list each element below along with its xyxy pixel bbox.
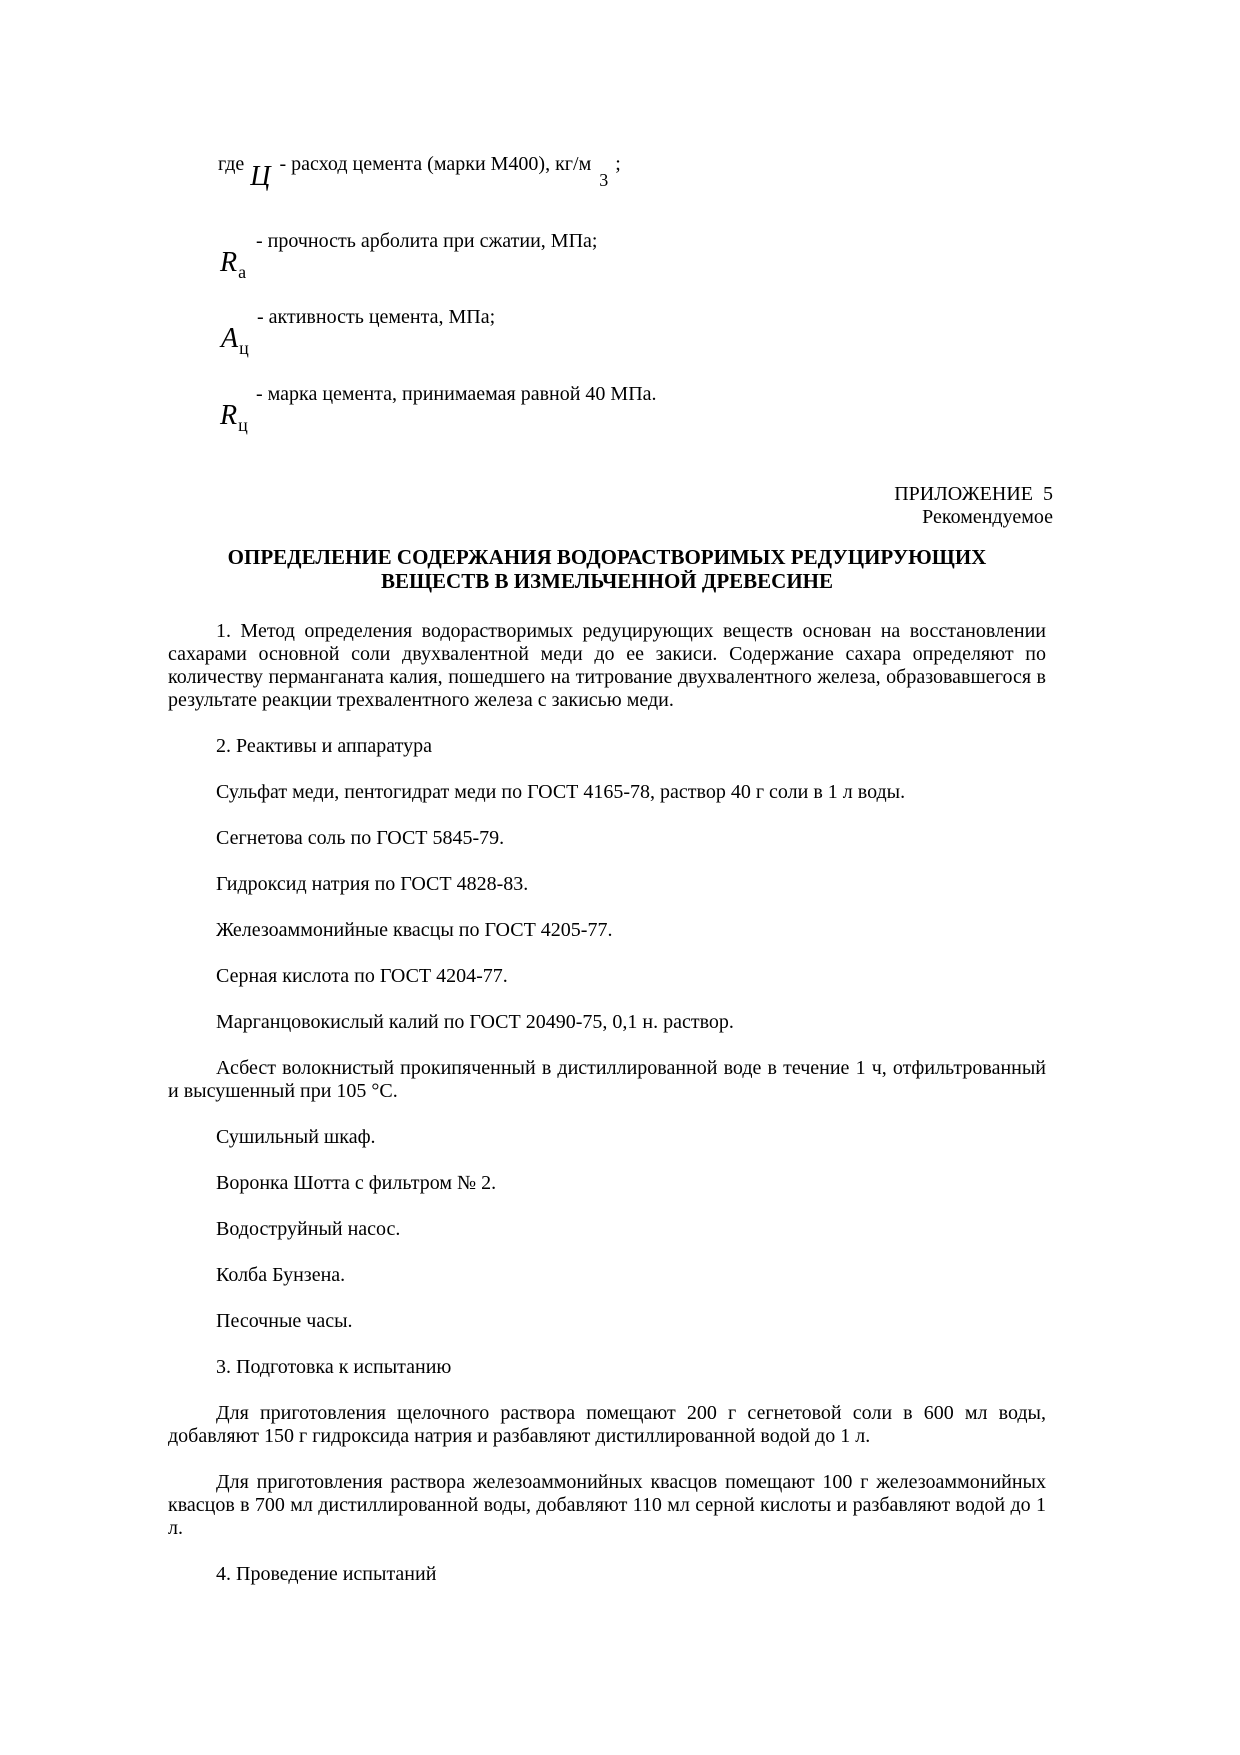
paragraph-hourglass: Песочные часы. [168,1310,1046,1333]
section-heading-testing: 4. Проведение испытаний [168,1563,1046,1586]
appendix-block: ПРИЛОЖЕНИЕ 5 Рекомендуемое [168,483,1053,529]
def-text: - расход цемента (марки М400), кг/м [280,153,592,175]
paragraph-drying-oven: Сушильный шкаф. [168,1126,1046,1149]
def-arbolite-strength: - прочность арболита при сжатии, МПа; Rа [220,230,597,281]
document-body: ОПРЕДЕЛЕНИЕ СОДЕРЖАНИЯ ВОДОРАСТВОРИМЫХ Р… [168,545,1046,1609]
title-line: ВЕЩЕСТВ В ИЗМЕЛЬЧЕННОЙ ДРЕВЕСИНЕ [168,569,1046,593]
paragraph-copper-sulfate: Сульфат меди, пентогидрат меди по ГОСТ 4… [168,781,1046,804]
paragraph-bunsen-flask: Колба Бунзена. [168,1264,1046,1287]
paragraph-iron-ammonium-alum: Железоаммонийные квасцы по ГОСТ 4205-77. [168,919,1046,942]
symbol-letter: А [221,323,238,354]
def-text: - активность цемента, МПа; [221,306,495,329]
symbol-subscript: ц [239,338,249,358]
def-cement-grade: - марка цемента, принимаемая равной 40 М… [220,383,657,434]
appendix-label: ПРИЛОЖЕНИЕ 5 [168,483,1053,506]
def-cement-activity: - активность цемента, МПа; Ац [221,306,495,357]
paragraph-potassium-permanganate: Марганцовокислый калий по ГОСТ 20490-75,… [168,1011,1046,1034]
section-heading-reagents: 2. Реактивы и аппаратура [168,735,1046,758]
def-text: - марка цемента, принимаемая равной 40 М… [220,383,657,406]
paragraph-method: 1. Метод определения водорастворимых ред… [168,620,1046,712]
def-prefix: где [218,153,244,175]
symbol-letter: R [220,247,237,278]
paragraph-rochelle-salt: Сегнетова соль по ГОСТ 5845-79. [168,827,1046,850]
paragraph-alkaline-solution: Для приготовления щелочного раствора пом… [168,1402,1046,1448]
symbol-letter: R [220,400,237,431]
unit-exponent: 3 [599,169,608,192]
paragraph-water-jet-pump: Водоструйный насос. [168,1218,1046,1241]
paragraph-schott-funnel: Воронка Шотта с фильтром № 2. [168,1172,1046,1195]
paragraph-sodium-hydroxide: Гидроксид натрия по ГОСТ 4828-83. [168,873,1046,896]
section-heading-preparation: 3. Подготовка к испытанию [168,1356,1046,1379]
paragraph-asbestos: Асбест волокнистый прокипяченный в дисти… [168,1057,1046,1103]
def-tail: ; [615,153,621,175]
def-cement-consumption: гдеЦ- расход цемента (марки М400), кг/м3… [218,150,621,176]
paragraph-sulfuric-acid: Серная кислота по ГОСТ 4204-77. [168,965,1046,988]
document-title: ОПРЕДЕЛЕНИЕ СОДЕРЖАНИЯ ВОДОРАСТВОРИМЫХ Р… [168,545,1046,593]
symbol-subscript: а [238,262,246,282]
def-text: - прочность арболита при сжатии, МПа; [220,230,597,253]
appendix-subtitle: Рекомендуемое [168,506,1053,529]
cement-symbol: Ц [250,165,270,188]
document-page: гдеЦ- расход цемента (марки М400), кг/м3… [0,0,1240,1755]
symbol-subscript: ц [238,415,248,435]
title-line: ОПРЕДЕЛЕНИЕ СОДЕРЖАНИЯ ВОДОРАСТВОРИМЫХ Р… [168,545,1046,569]
paragraph-alum-solution: Для приготовления раствора железоаммоний… [168,1471,1046,1540]
